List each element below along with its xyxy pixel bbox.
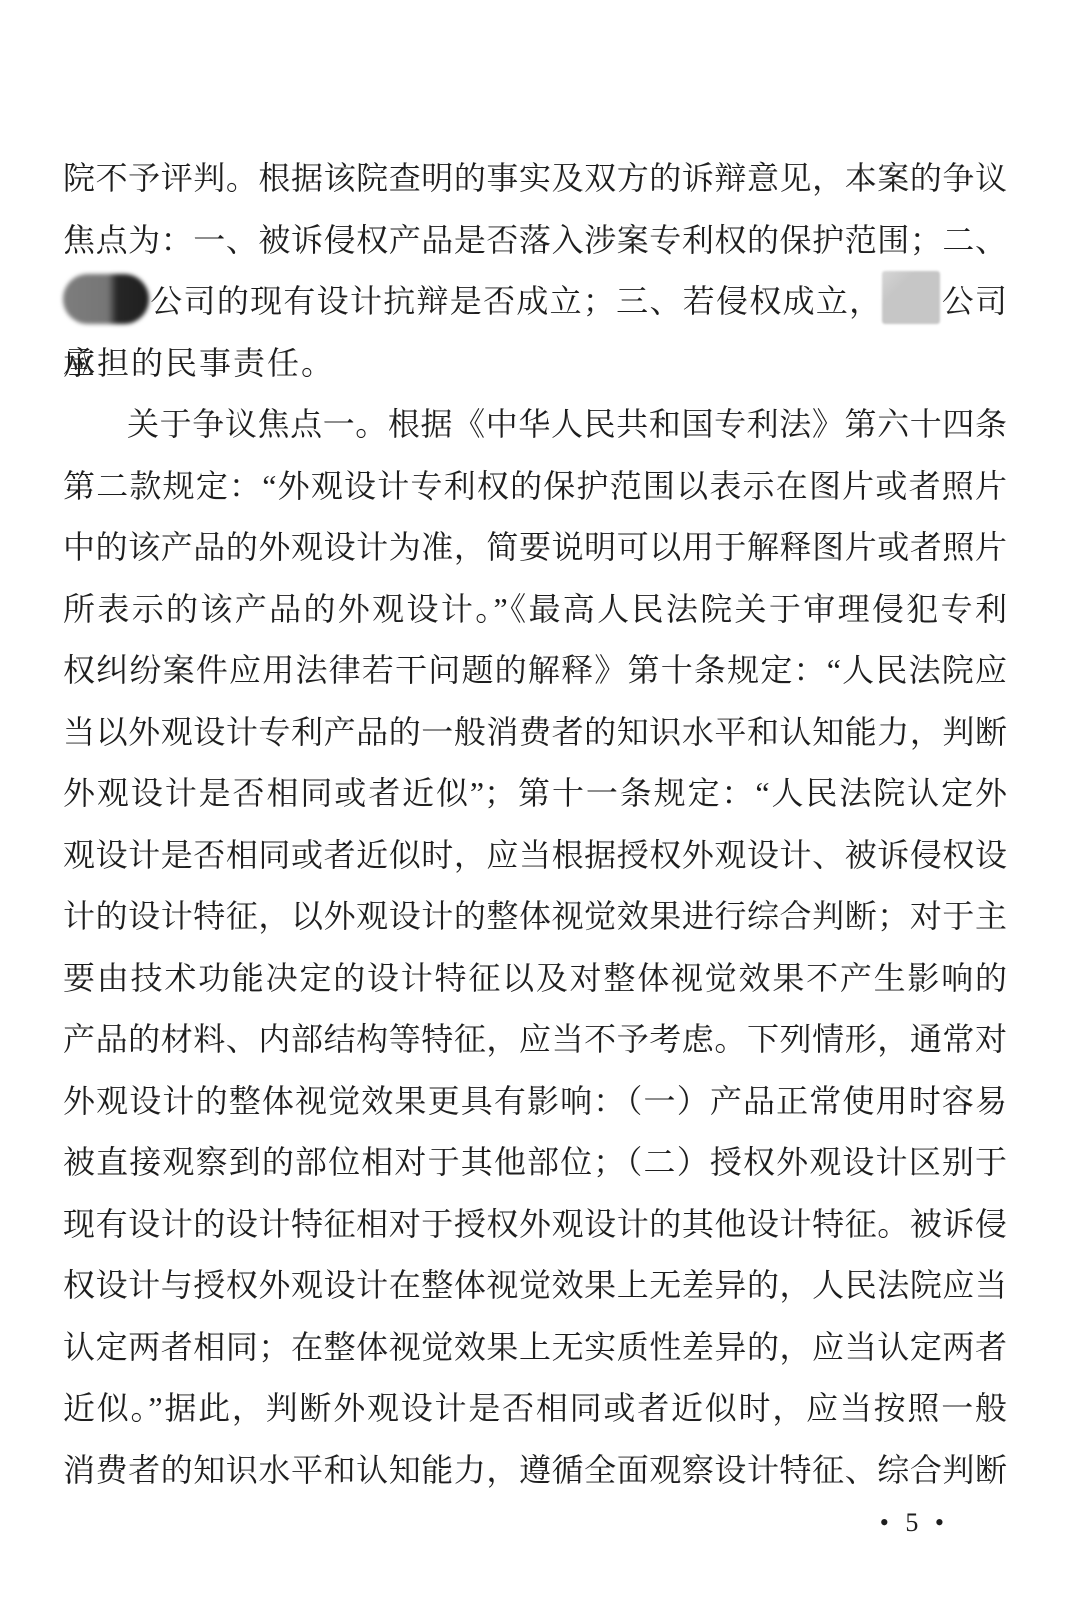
text-line: 公司的现有设计抗辩是否成立；三、若侵权成立，公司应 <box>63 271 1007 333</box>
document-body: 院不予评判。根据该院查明的事实及双方的诉辩意见，本案的争议焦点为：一、被诉侵权产… <box>63 148 1007 1501</box>
text-line: 消费者的知识水平和认知能力，遵循全面观察设计特征、综合判断 <box>63 1440 1007 1502</box>
text-line: 关于争议焦点一。根据《中华人民共和国专利法》第六十四条 <box>63 394 1007 456</box>
line-text: 权设计与授权外观设计在整体视觉效果上无差异的，人民法院应当 <box>63 1267 1007 1303</box>
text-line: 中的该产品的外观设计为准，简要说明可以用于解释图片或者照片 <box>63 517 1007 579</box>
line-text: 所表示的该产品的外观设计。”《最高人民法院关于审理侵犯专利 <box>63 591 1007 627</box>
text-line: 外观设计的整体视觉效果更具有影响：（一）产品正常使用时容易 <box>63 1071 1007 1133</box>
text-line: 所表示的该产品的外观设计。”《最高人民法院关于审理侵犯专利 <box>63 579 1007 641</box>
line-text: 关于争议焦点一。根据《中华人民共和国专利法》第六十四条 <box>127 406 1007 442</box>
line-text: 计的设计特征，以外观设计的整体视觉效果进行综合判断；对于主 <box>63 898 1007 934</box>
line-text: 外观设计的整体视觉效果更具有影响：（一）产品正常使用时容易 <box>63 1083 1007 1119</box>
line-text: 权纠纷案件应用法律若干问题的解释》第十条规定：“人民法院应 <box>63 652 1007 688</box>
redaction-dark-blob <box>63 274 149 324</box>
text-line: 院不予评判。根据该院查明的事实及双方的诉辩意见，本案的争议 <box>63 148 1007 210</box>
text-line: 认定两者相同；在整体视觉效果上无实质性差异的，应当认定两者 <box>63 1317 1007 1379</box>
line-text: 近似。”据此，判断外观设计是否相同或者近似时，应当按照一般 <box>63 1390 1007 1426</box>
text-line: 产品的材料、内部结构等特征，应当不予考虑。下列情形，通常对 <box>63 1009 1007 1071</box>
line-text: 当以外观设计专利产品的一般消费者的知识水平和认知能力，判断 <box>63 714 1007 750</box>
text-line: 承担的民事责任。 <box>63 333 1007 395</box>
text-line: 权纠纷案件应用法律若干问题的解释》第十条规定：“人民法院应 <box>63 640 1007 702</box>
text-line: 焦点为：一、被诉侵权产品是否落入涉案专利权的保护范围；二、 <box>63 210 1007 272</box>
text-line: 现有设计的设计特征相对于授权外观设计的其他设计特征。被诉侵 <box>63 1194 1007 1256</box>
text-line: 近似。”据此，判断外观设计是否相同或者近似时，应当按照一般 <box>63 1378 1007 1440</box>
line-text: 产品的材料、内部结构等特征，应当不予考虑。下列情形，通常对 <box>63 1021 1007 1057</box>
line-text: 被直接观察到的部位相对于其他部位；（二）授权外观设计区别于 <box>63 1144 1007 1180</box>
line-text: 观设计是否相同或者近似时，应当根据授权外观设计、被诉侵权设 <box>63 837 1007 873</box>
text-line: 权设计与授权外观设计在整体视觉效果上无差异的，人民法院应当 <box>63 1255 1007 1317</box>
page-number: • 5 • <box>880 1508 949 1538</box>
line-text: 消费者的知识水平和认知能力，遵循全面观察设计特征、综合判断 <box>63 1452 1007 1488</box>
line-text: 认定两者相同；在整体视觉效果上无实质性差异的，应当认定两者 <box>63 1329 1007 1365</box>
text-line: 要由技术功能决定的设计特征以及对整体视觉效果不产生影响的 <box>63 948 1007 1010</box>
line-text: 公司的现有设计抗辩是否成立；三、若侵权成立， <box>149 283 882 319</box>
text-line: 当以外观设计专利产品的一般消费者的知识水平和认知能力，判断 <box>63 702 1007 764</box>
redaction-light-blob <box>882 271 940 324</box>
line-text: 中的该产品的外观设计为准，简要说明可以用于解释图片或者照片 <box>63 529 1007 565</box>
text-line: 第二款规定：“外观设计专利权的保护范围以表示在图片或者照片 <box>63 456 1007 518</box>
text-line: 外观设计是否相同或者近似”；第十一条规定：“人民法院认定外 <box>63 763 1007 825</box>
line-text: 要由技术功能决定的设计特征以及对整体视觉效果不产生影响的 <box>63 960 1007 996</box>
text-line: 被直接观察到的部位相对于其他部位；（二）授权外观设计区别于 <box>63 1132 1007 1194</box>
line-text: 焦点为：一、被诉侵权产品是否落入涉案专利权的保护范围；二、 <box>63 222 1007 258</box>
scanned-document-page: 院不予评判。根据该院查明的事实及双方的诉辩意见，本案的争议焦点为：一、被诉侵权产… <box>0 0 1067 1624</box>
line-text: 现有设计的设计特征相对于授权外观设计的其他设计特征。被诉侵 <box>63 1206 1007 1242</box>
line-text: 院不予评判。根据该院查明的事实及双方的诉辩意见，本案的争议 <box>63 160 1007 196</box>
line-text: 承担的民事责任。 <box>63 345 335 381</box>
line-text: 第二款规定：“外观设计专利权的保护范围以表示在图片或者照片 <box>63 468 1007 504</box>
text-line: 观设计是否相同或者近似时，应当根据授权外观设计、被诉侵权设 <box>63 825 1007 887</box>
text-line: 计的设计特征，以外观设计的整体视觉效果进行综合判断；对于主 <box>63 886 1007 948</box>
line-text: 外观设计是否相同或者近似”；第十一条规定：“人民法院认定外 <box>63 775 1007 811</box>
